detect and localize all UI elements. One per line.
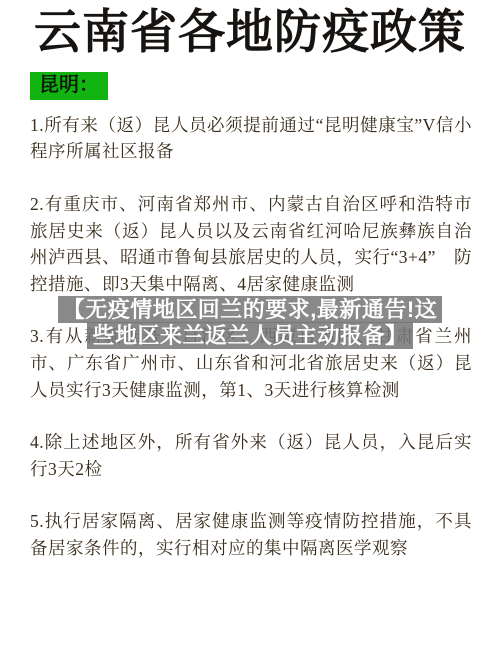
policy-item-3-visible-start: 3.有从新 (30, 326, 104, 346)
policy-item-3-obscured-text: 疆维吾尔自治区、西藏自治区、 (104, 326, 376, 346)
policy-item-5: 5.执行居家隔离、居家健康监测等疫情防控措施，不具备居家条件的，实行相对应的集中… (30, 508, 472, 561)
page-title: 云南省各地防疫政策 (8, 4, 492, 63)
policy-item-2: 2.有重庆市、河南省郑州市、内蒙古自治区呼和浩特市旅居史来（返）昆人员以及云南省… (30, 191, 472, 297)
document-page: 云南省各地防疫政策 昆明： 1.所有来（返）昆人员必须提前通过“昆明健康宝”V信… (0, 0, 500, 652)
region-label-kunming: 昆明： (30, 72, 108, 100)
policy-item-1: 1.所有来（返）昆人员必须提前通过“昆明健康宝”V信小程序所属社区报备 (30, 112, 472, 165)
policy-list: 1.所有来（返）昆人员必须提前通过“昆明健康宝”V信小程序所属社区报备 2.有重… (0, 112, 500, 562)
policy-item-4: 4.除上述地区外，所有省外来（返）昆人员，入昆后实行3天2检 (30, 429, 472, 482)
policy-item-3: 3.有从新疆维吾尔自治区、西藏自治区、甘肃省兰州市、广东省广州市、山东省和河北省… (30, 323, 472, 403)
